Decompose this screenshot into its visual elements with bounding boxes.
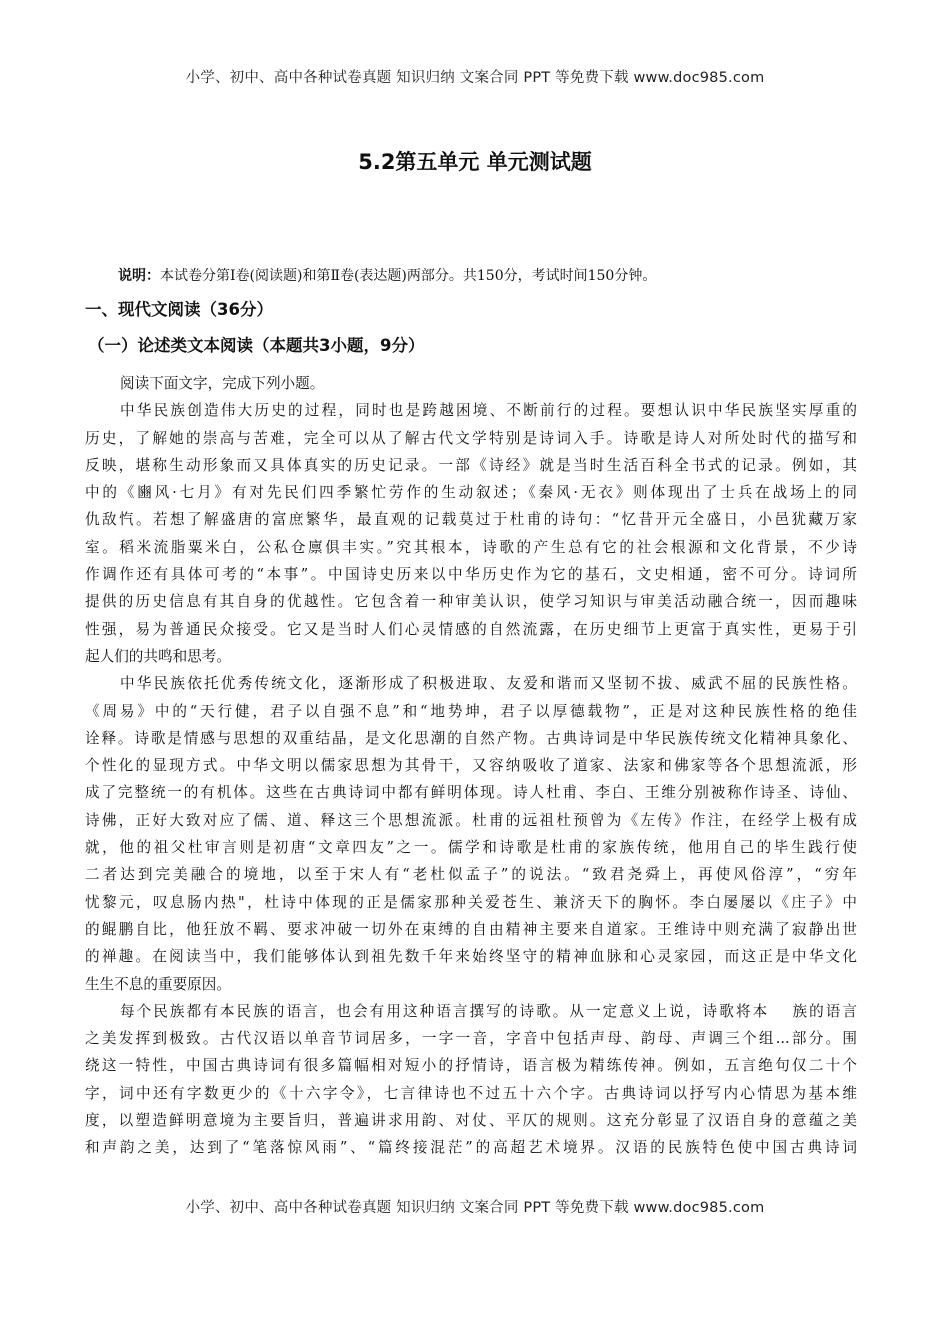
- reading-passage: 阅读下面文字，完成下列小题。中华民族创造伟大历史的过程，同时也是跨越困境、不断前…: [85, 370, 857, 1162]
- passage-line: 仇敌忾。若想了解盛唐的富庶繁华，最直观的记载莫过于杜甫的诗句：“忆昔开元全盛日，…: [85, 506, 857, 533]
- passage-line: 反映，堪称生动形象而又具体真实的历史记录。一部《诗经》就是当时生活百科全书式的记…: [85, 452, 857, 479]
- passage-line: 二者达到完美融合的境地，以至于宋人有“老杜似孟子”的说法。“致君尧舜上，再使风俗…: [85, 861, 857, 888]
- instructions-label: 说明：: [118, 268, 160, 284]
- passage-line: 绕这一特性，中国古典诗词有很多篇幅相对短小的抒情诗，语言极为精练传神。例如，五言…: [85, 1052, 857, 1079]
- passage-line: 个性化的显现方式。中华文明以儒家思想为其骨干，又容纳吸收了道家、法家和佛家等各个…: [85, 752, 857, 779]
- header-banner: 小学、初中、高中各种试卷真题 知识归纳 文案合同 PPT 等免费下载 www.d…: [0, 66, 950, 87]
- passage-line: 中华民族创造伟大历史的过程，同时也是跨越困境、不断前行的过程。要想认识中华民族坚…: [85, 397, 857, 424]
- passage-line: 《周易》中的“天行健，君子以自强不息”和“地势坤，君子以厚德载物”，正是对这种民…: [85, 698, 857, 725]
- footer-banner: 小学、初中、高中各种试卷真题 知识归纳 文案合同 PPT 等免费下载 www.d…: [0, 1196, 950, 1217]
- passage-line: 就，他的祖父杜审言则是初唐“文章四友”之一。儒学和诗歌是杜甫的家族传统，他用自己…: [85, 834, 857, 861]
- passage-line: 诗佛，正好大致对应了儒、道、释这三个思想流派。杜甫的远祖杜预曾为《左传》作注，在…: [85, 807, 857, 834]
- passage-line: 忧黎元，叹息肠内热"，杜诗中体现的正是儒家那种关爱苍生、兼济天下的胸怀。李白屡屡…: [85, 889, 857, 916]
- passage-line: 诠释。诗歌是情感与思想的双重结晶，是文化思潮的自然产物。古典诗词是中华民族传统文…: [85, 725, 857, 752]
- passage-line: 和声韵之美，达到了“笔落惊风雨”、“篇终接混茫”的高超艺术境界。汉语的民族特色使…: [85, 1134, 857, 1161]
- passage-line: 中的《豳风·七月》有对先民们四季繁忙劳作的生动叙述；《秦风·无衣》则体现出了士兵…: [85, 479, 857, 506]
- passage-line: 的鲲鹏自比，他狂放不羁、要求冲破一切外在束缚的自由精神主要来自道家。王维诗中则充…: [85, 916, 857, 943]
- passage-line: 度，以塑造鲜明意境为主要旨归，普遍讲求用韵、对仗、平仄的规则。这充分彰显了汉语自…: [85, 1107, 857, 1134]
- passage-line: 起人们的共鸣和思考。: [85, 643, 857, 670]
- page-title: 5.2第五单元 单元测试题: [0, 146, 950, 176]
- exam-instructions: 说明：本试卷分第Ⅰ卷(阅读题)和第Ⅱ卷(表达题)两部分。共150分，考试时间15…: [118, 265, 656, 285]
- passage-line: 的禅趣。在阅读当中，我们能够体认到祖先数千年来始终坚守的精神血脉和心灵家园，而这…: [85, 943, 857, 970]
- passage-line: 阅读下面文字，完成下列小题。: [85, 370, 857, 397]
- passage-line: 作调作还有具体可考的“本事”。中国诗史历来以中华历史作为它的基石，文史相通，密不…: [85, 561, 857, 588]
- passage-line: 之美发挥到极致。古代汉语以单音节词居多，一字一音，字音中包括声母、韵母、声调三个…: [85, 1025, 857, 1052]
- passage-line: 历史，了解她的崇高与苦难，完全可以从了解古代文学特别是诗词入手。诗歌是诗人对所处…: [85, 425, 857, 452]
- passage-line: 中华民族依托优秀传统文化，逐渐形成了积极进取、友爱和谐而又坚韧不拔、威武不屈的民…: [85, 670, 857, 697]
- passage-line: 室。稻米流脂粟米白，公私仓廪俱丰实。”究其根本，诗歌的产生总有它的社会根源和文化…: [85, 534, 857, 561]
- instructions-text: 本试卷分第Ⅰ卷(阅读题)和第Ⅱ卷(表达题)两部分。共150分，考试时间150分钟…: [160, 268, 656, 284]
- passage-line: 性强，易为普通民众接受。它又是当时人们心灵情感的自然流露，在历史细节上更富于真实…: [85, 616, 857, 643]
- passage-line: 生生不息的重要原因。: [85, 971, 857, 998]
- subsection-heading: （一）论述类文本阅读（本题共3小题，9分）: [88, 332, 424, 356]
- passage-line: 成了完整统一的有机体。这些在古典诗词中都有鲜明体现。诗人杜甫、李白、王维分别被称…: [85, 779, 857, 806]
- passage-line: 字，词中还有字数更少的《十六字令》，七言律诗也不过五十六个字。古典诗词以抒写内心…: [85, 1080, 857, 1107]
- passage-line: 每个民族都有本民族的语言，也会有用这种语言撰写的诗歌。从一定意义上说，诗歌将本 …: [85, 998, 857, 1025]
- section-heading: 一、现代文阅读（36分）: [85, 296, 273, 320]
- passage-line: 提供的历史信息有其自身的优越性。它包含着一种审美认识，使学习知识与审美活动融合统…: [85, 588, 857, 615]
